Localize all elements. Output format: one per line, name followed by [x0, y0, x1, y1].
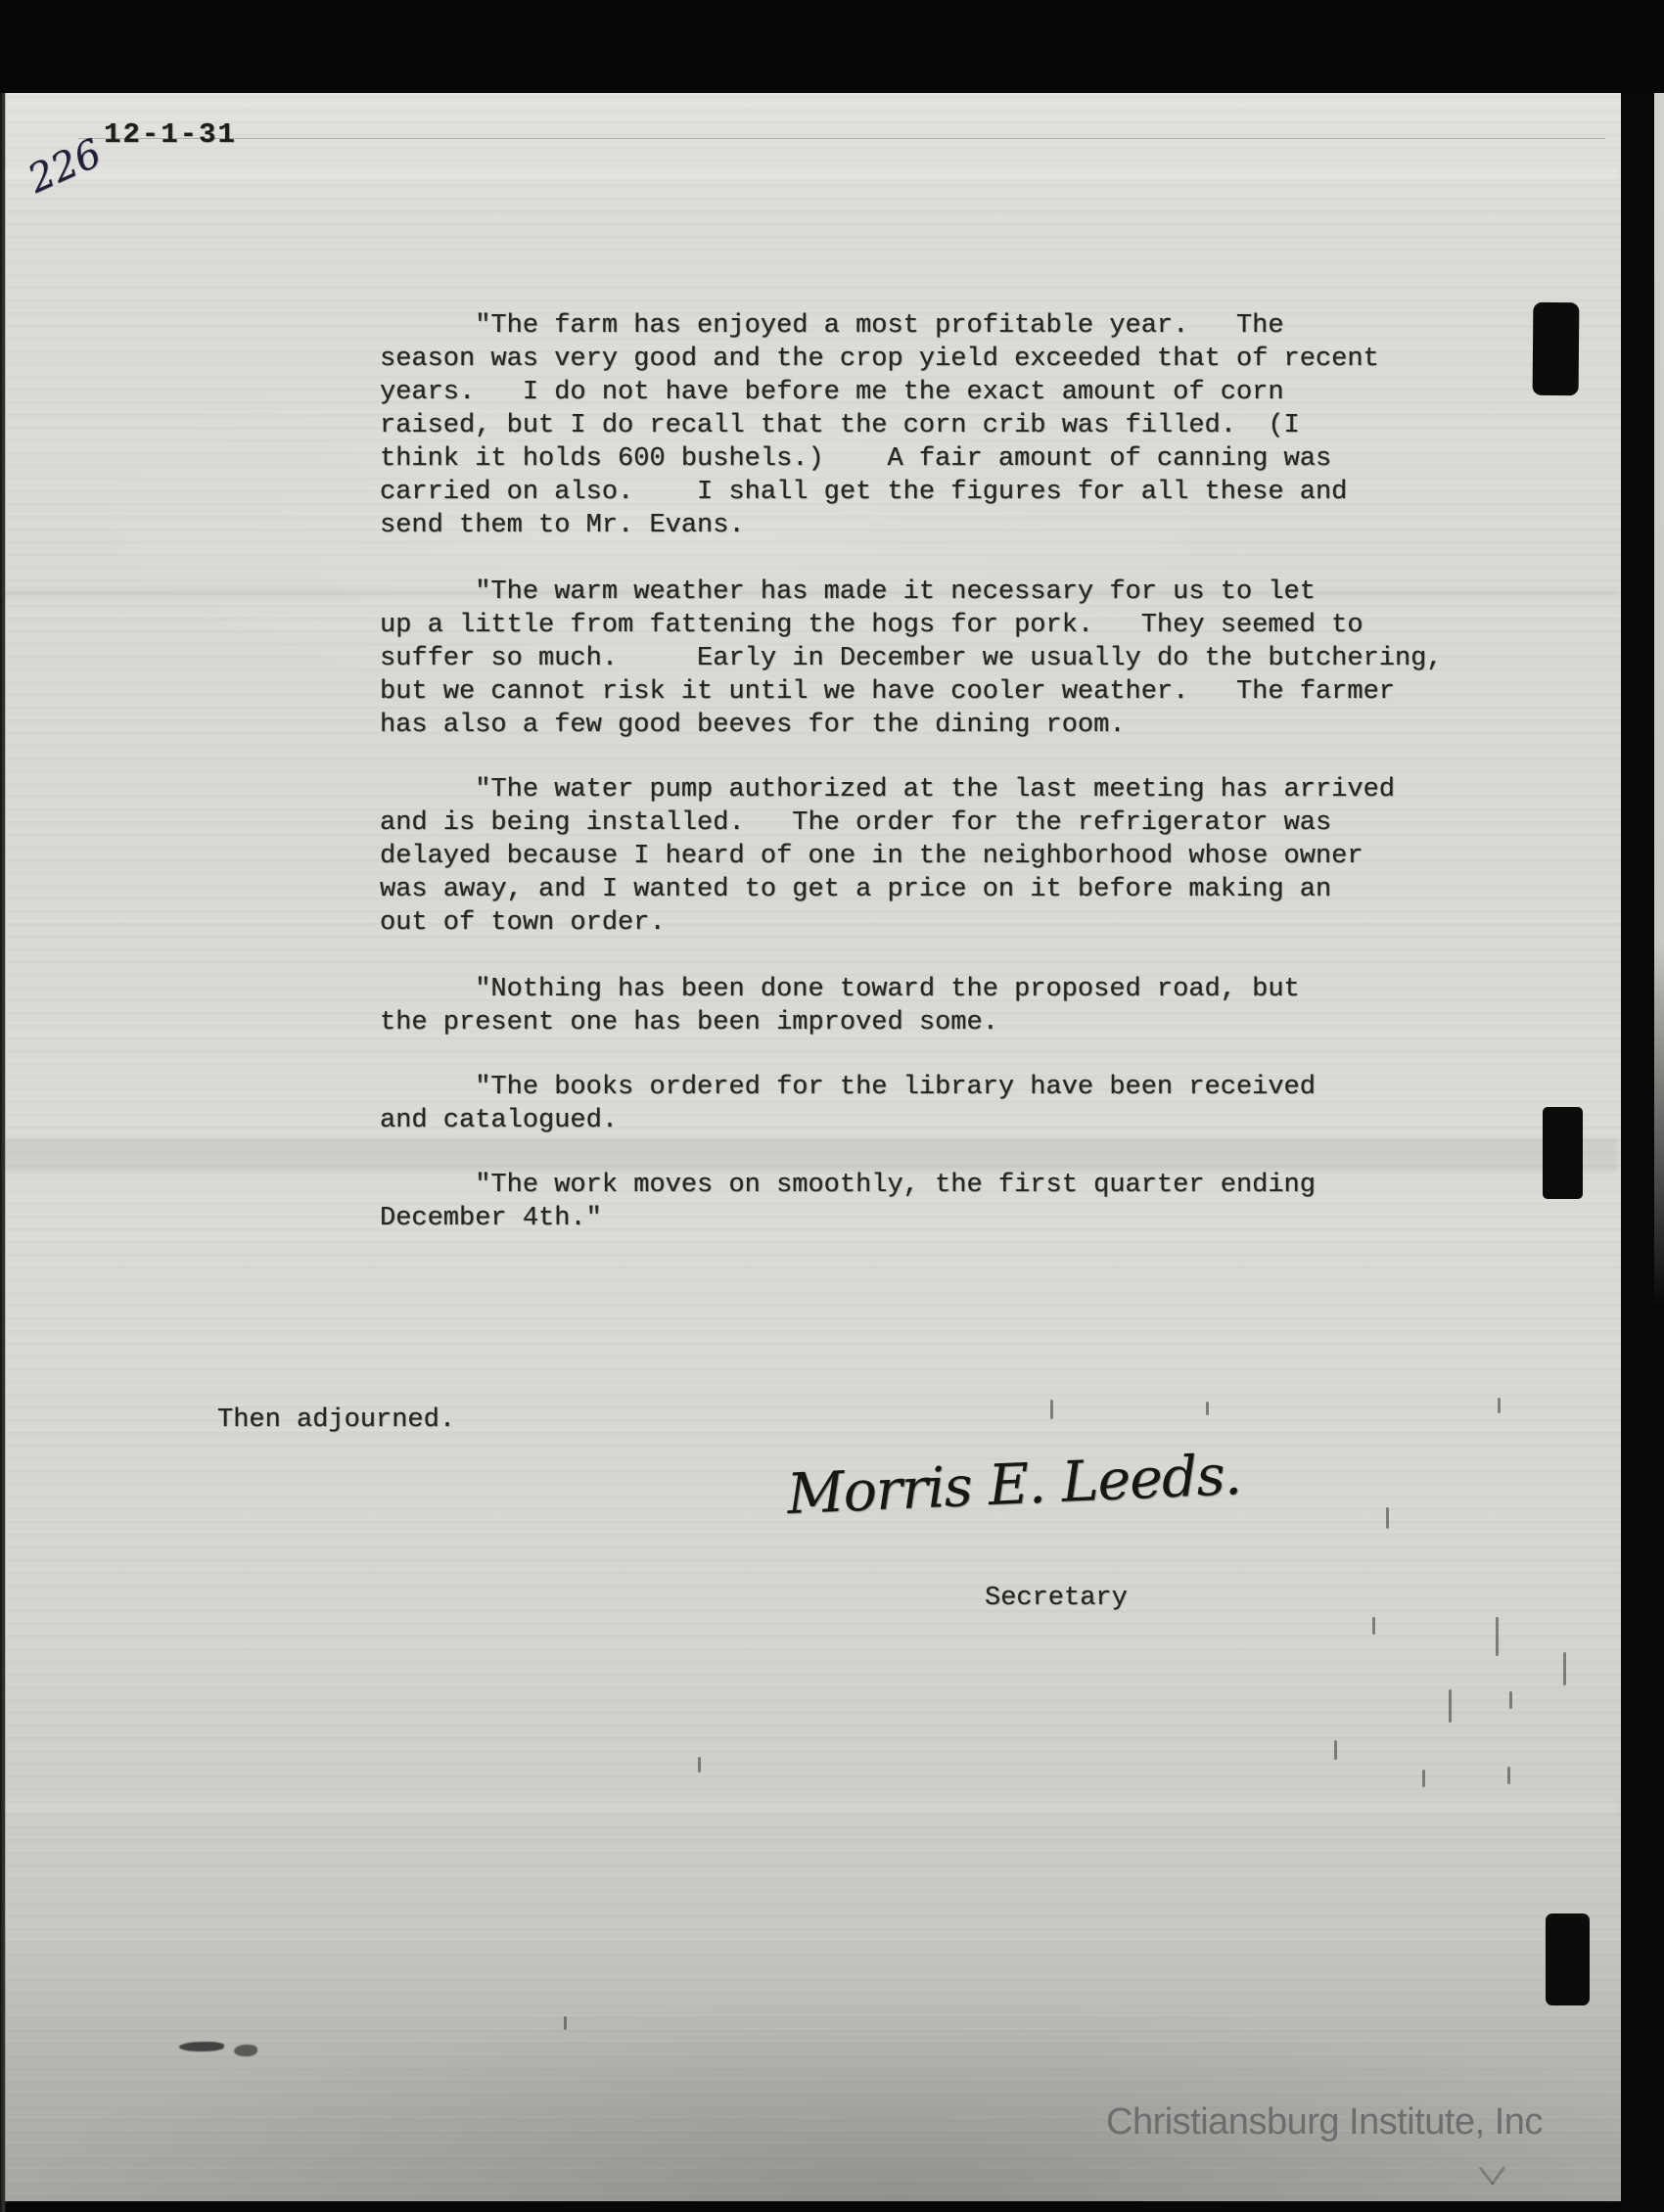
scan-artifact [698, 1757, 701, 1773]
scan-border-bottom [0, 2201, 1664, 2212]
report-paragraph-farm: "The farm has enjoyed a most profitable … [380, 309, 1379, 542]
report-paragraph-weather: "The warm weather has made it necessary … [380, 576, 1443, 742]
scan-artifact [1422, 1770, 1425, 1787]
report-paragraph-water-pump: "The water pump authorized at the last m… [380, 773, 1395, 940]
scan-artifact [1563, 1652, 1566, 1685]
binding-mark [1546, 1913, 1590, 2005]
binding-mark [1533, 302, 1580, 395]
scan-artifact [1386, 1507, 1389, 1529]
report-paragraph-quarter: "The work moves on smoothly, the first q… [380, 1169, 1316, 1235]
archive-watermark: Christiansburg Institute, Inc [1106, 2100, 1543, 2145]
ink-smudge [234, 2045, 257, 2056]
scan-artifact [564, 2016, 567, 2030]
scan-streak [0, 1801, 1618, 1813]
scan-artifact [1449, 1689, 1452, 1723]
scan-line [78, 138, 1605, 139]
scan-streak [0, 169, 1618, 179]
ink-smudge [179, 2042, 224, 2051]
scan-border-left [0, 93, 6, 2212]
scan-border-top [0, 0, 1664, 93]
report-paragraph-road: "Nothing has been done toward the propos… [380, 973, 1300, 1039]
scanned-document-page: 12-1-31 226 "The farm has enjoyed a most… [0, 0, 1664, 2212]
scan-artifact [1334, 1740, 1337, 1760]
scan-artifact [1507, 1767, 1510, 1784]
scan-edge-highlight [1654, 93, 1664, 1307]
signature-title: Secretary [985, 1582, 1128, 1615]
scan-artifact [1050, 1400, 1053, 1419]
scan-streak [0, 1138, 1618, 1172]
closing-line: Then adjourned. [217, 1404, 455, 1437]
scan-artifact [1498, 1398, 1501, 1413]
scan-artifact [1496, 1617, 1499, 1656]
binding-mark [1543, 1107, 1583, 1199]
report-paragraph-library: "The books ordered for the library have … [380, 1071, 1316, 1137]
scan-artifact [1206, 1402, 1209, 1415]
scan-artifact [1372, 1617, 1375, 1635]
scan-artifact [1509, 1691, 1512, 1709]
page-date: 12-1-31 [104, 119, 237, 151]
